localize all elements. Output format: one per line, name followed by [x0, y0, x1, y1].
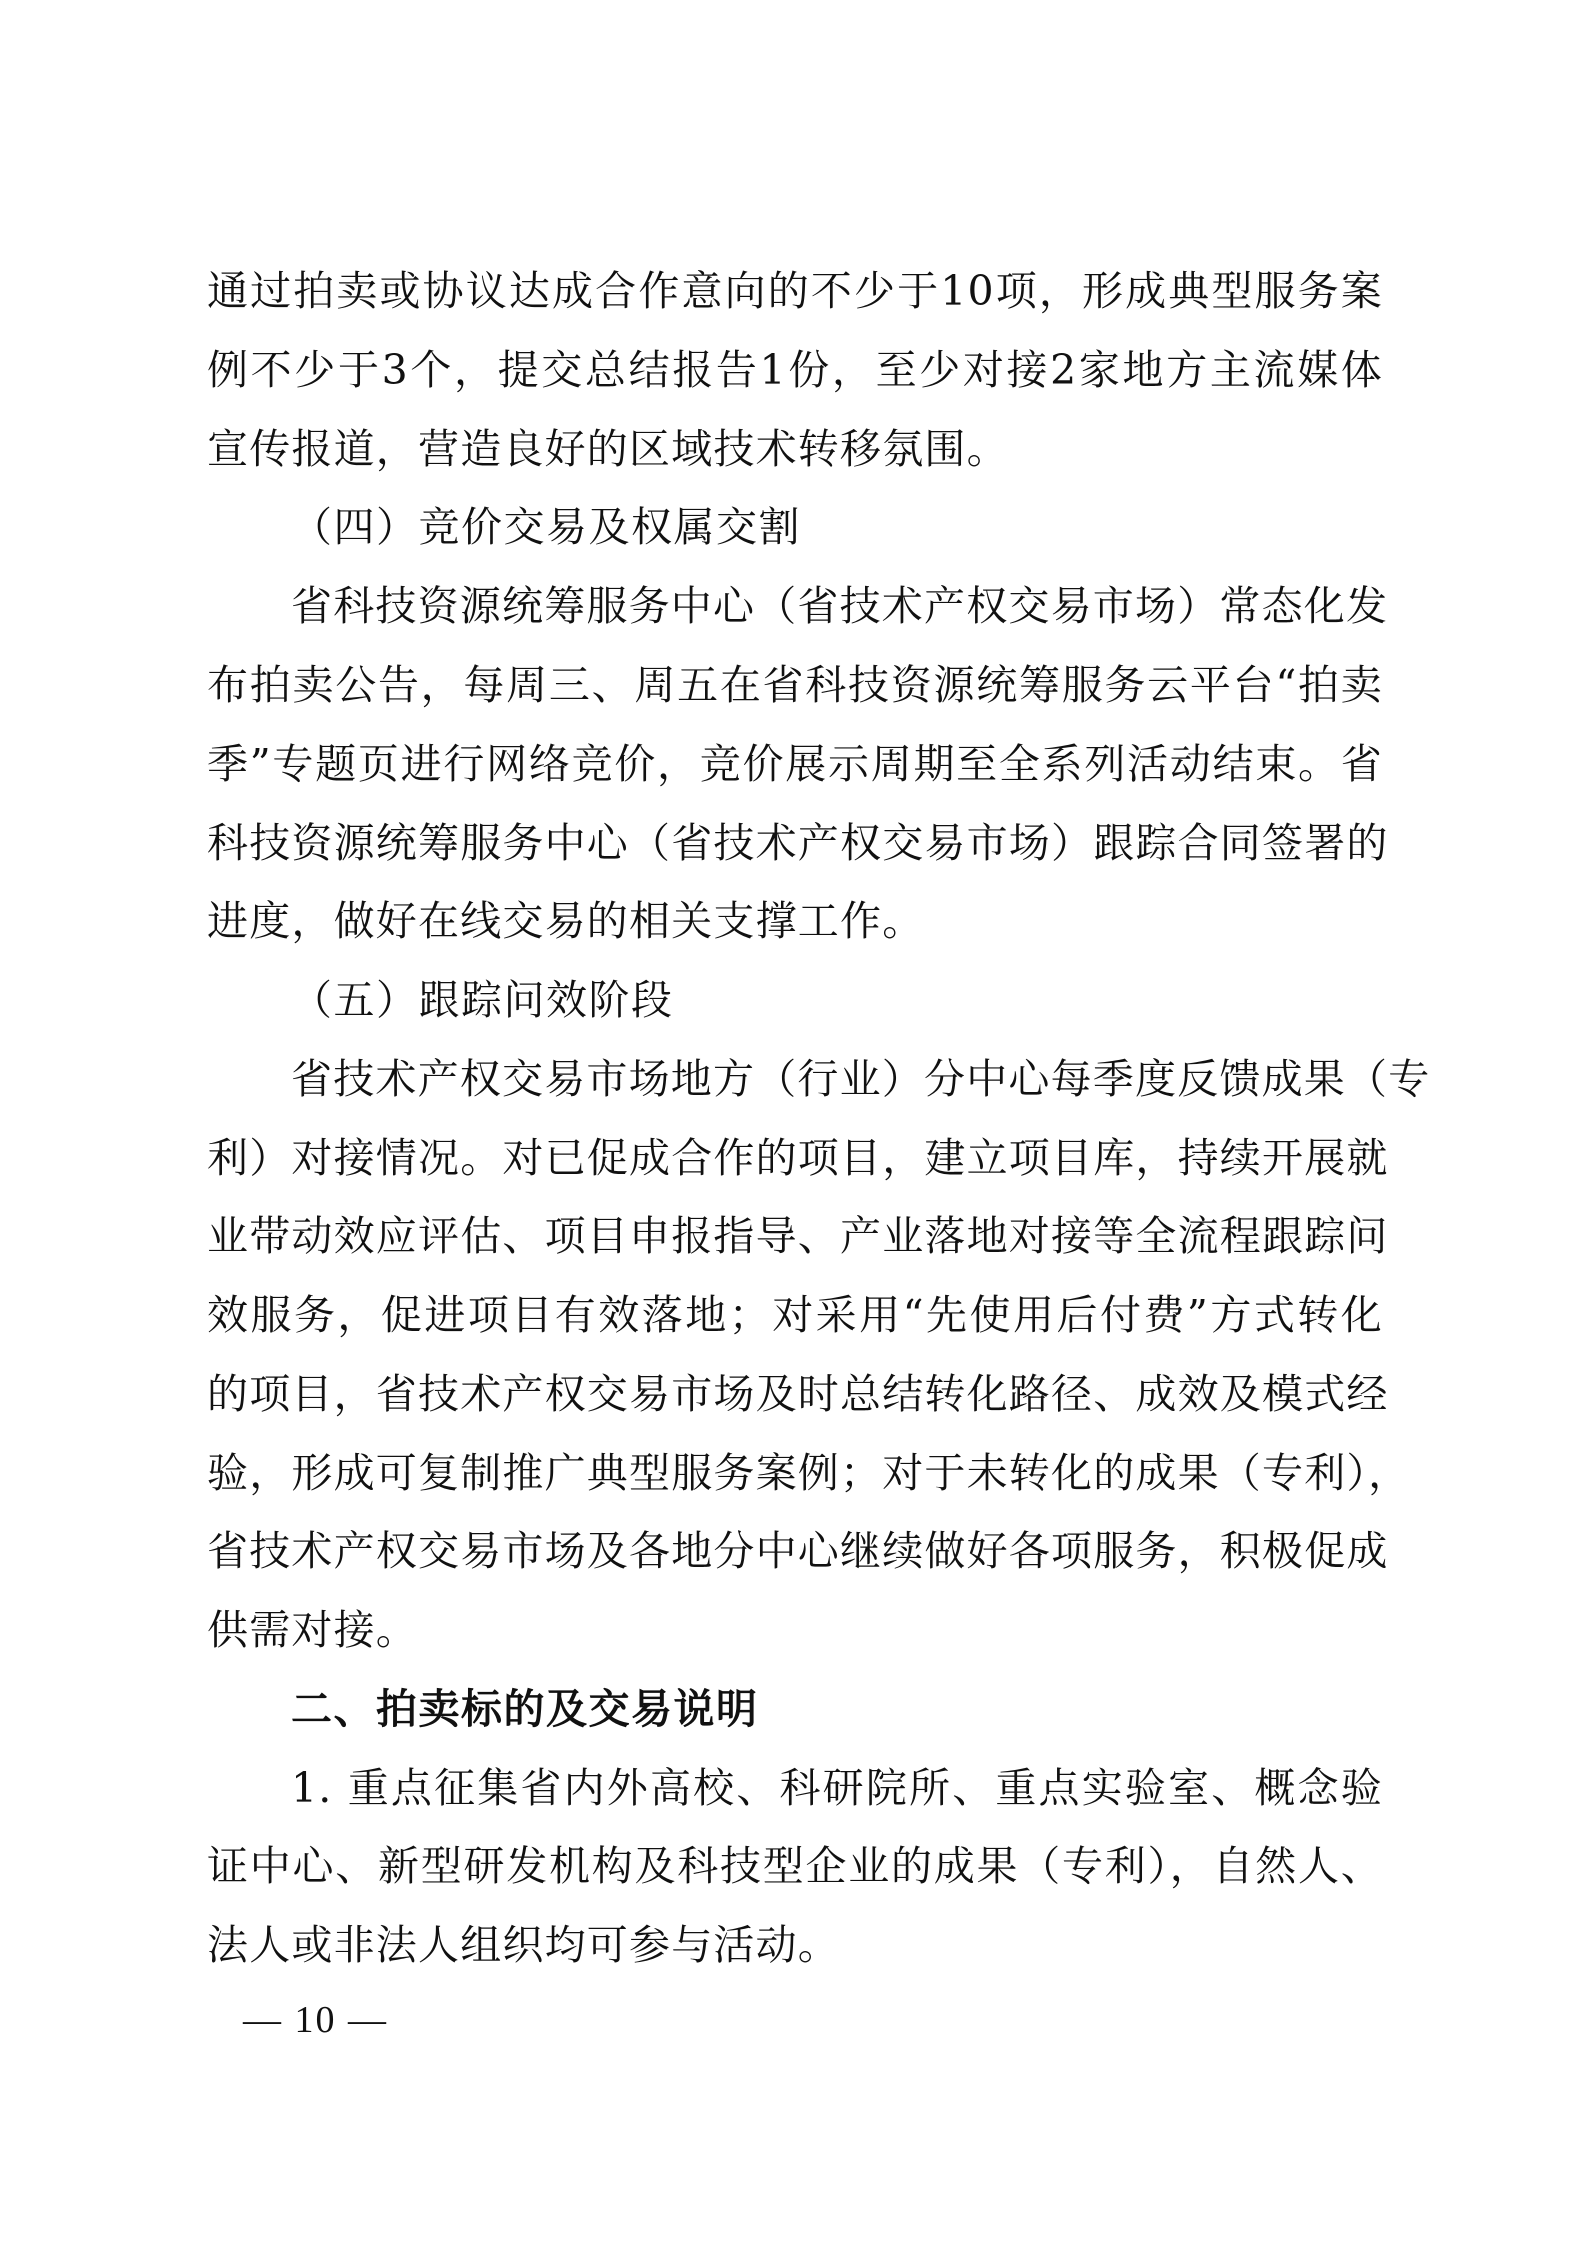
paragraph-line: 省技术产权交易市场地方（行业）分中心每季度反馈成果（专	[291, 1054, 1383, 1104]
page-number: — 10 —	[243, 1995, 388, 2045]
paragraph-line: 布拍卖公告，每周三、周五在省科技资源统筹服务云平台“拍卖	[207, 660, 1383, 710]
paragraph-line: 1. 重点征集省内外高校、科研院所、重点实验室、概念验	[291, 1763, 1383, 1813]
paragraph-line: 效服务，促进项目有效落地；对采用“先使用后付费”方式转化	[207, 1290, 1383, 1340]
paragraph-line: 证中心、新型研发机构及科技型企业的成果（专利），自然人、	[207, 1841, 1383, 1891]
paragraph-line: 例不少于3个，提交总结报告1份，至少对接2家地方主流媒体	[207, 345, 1383, 395]
paragraph-line: 验，形成可复制推广典型服务案例；对于未转化的成果（专利），	[207, 1448, 1383, 1498]
paragraph-line: 通过拍卖或协议达成合作意向的不少于10项，形成典型服务案	[207, 266, 1383, 316]
paragraph-line: 法人或非法人组织均可参与活动。	[207, 1920, 1383, 1970]
paragraph-line: 省科技资源统筹服务中心（省技术产权交易市场）常态化发	[291, 581, 1383, 631]
paragraph-line: 业带动效应评估、项目申报指导、产业落地对接等全流程跟踪问	[207, 1211, 1383, 1261]
paragraph-line: 利）对接情况。对已促成合作的项目，建立项目库，持续开展就	[207, 1133, 1383, 1183]
paragraph-line: 宣传报道，营造良好的区域技术转移氛围。	[207, 424, 1383, 474]
paragraph-line: 进度，做好在线交易的相关支撑工作。	[207, 896, 1383, 946]
document-page: 通过拍卖或协议达成合作意向的不少于10项，形成典型服务案 例不少于3个，提交总结…	[0, 0, 1587, 2245]
paragraph-line: 省技术产权交易市场及各地分中心继续做好各项服务，积极促成	[207, 1526, 1383, 1576]
part-heading-2: 二、拍卖标的及交易说明	[291, 1684, 759, 1734]
section-heading-5: （五）跟踪问效阶段	[291, 975, 674, 1025]
paragraph-line: 科技资源统筹服务中心（省技术产权交易市场）跟踪合同签署的	[207, 818, 1383, 868]
section-heading-4: （四）竞价交易及权属交割	[291, 502, 801, 552]
paragraph-line: 季”专题页进行网络竞价，竞价展示周期至全系列活动结束。省	[207, 739, 1383, 789]
paragraph-line: 供需对接。	[207, 1605, 1383, 1655]
paragraph-line: 的项目，省技术产权交易市场及时总结转化路径、成效及模式经	[207, 1369, 1383, 1419]
